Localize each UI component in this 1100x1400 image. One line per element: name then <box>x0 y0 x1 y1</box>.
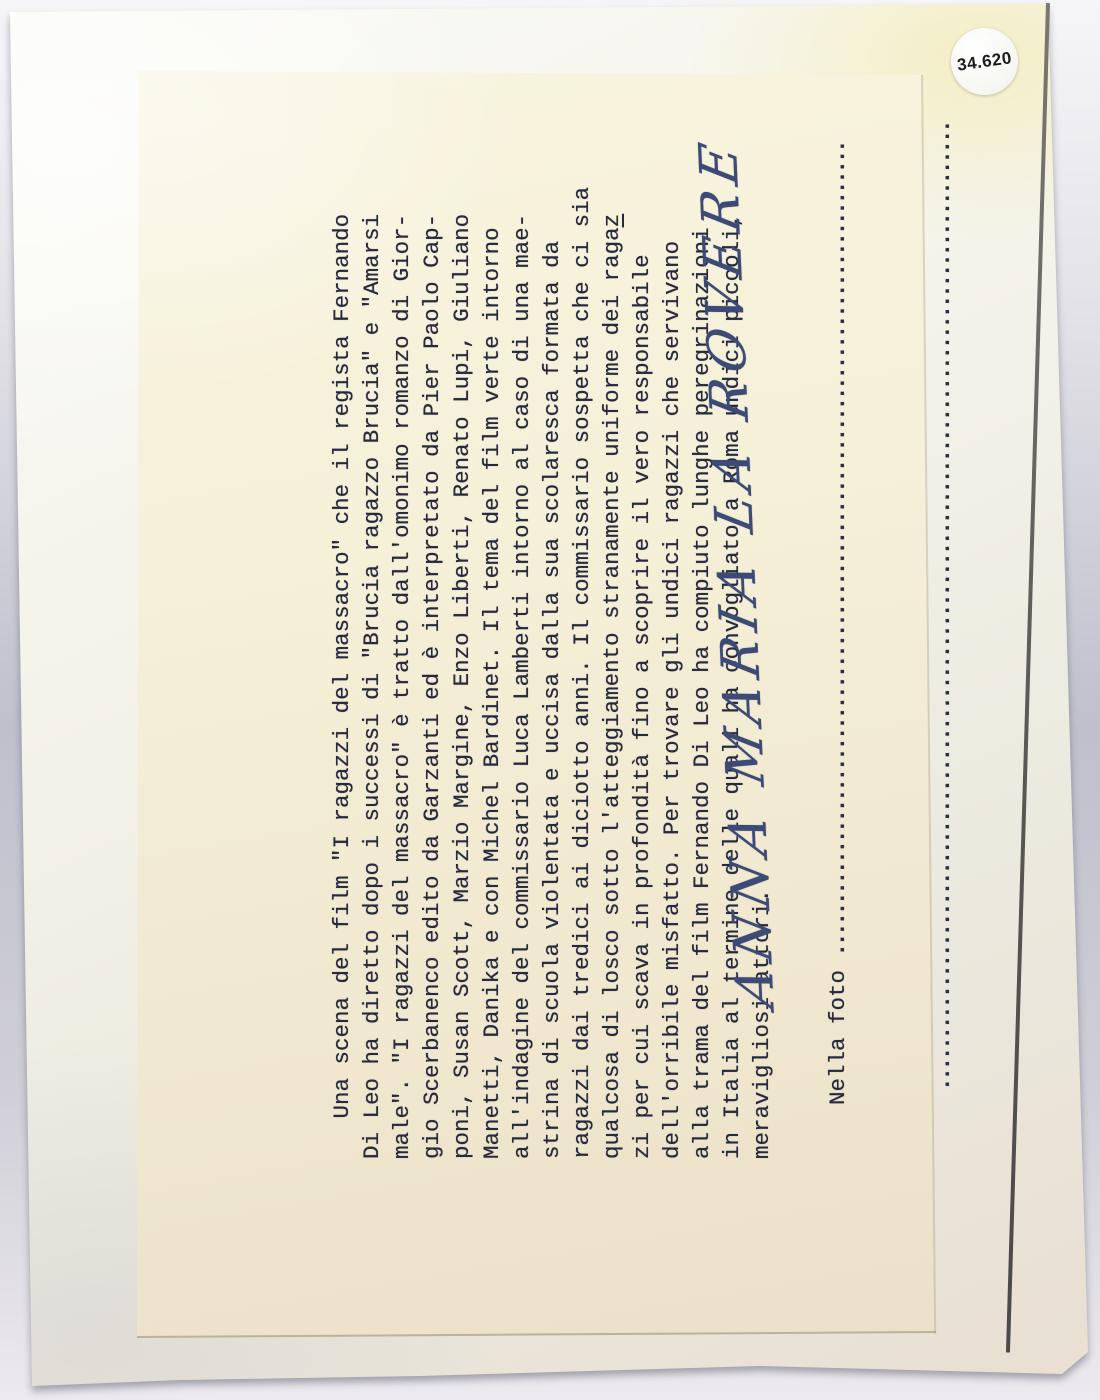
caption-line-9: ragazzi dai tredici ai diciotto anni. Il… <box>567 167 597 1159</box>
dotted-line-2: ........................................… <box>930 123 956 1091</box>
typed-caption: Una scena del film "I ragazzi del massac… <box>315 167 875 1167</box>
caption-line-12: dell'orribile misfatto. Per trovare gli … <box>657 167 687 1159</box>
caption-line-10-text: qualcosa di losco sotto l'atteggiamento … <box>599 227 625 1159</box>
caption-line-11: zi per cui scava in profondità fino a sc… <box>627 167 657 1159</box>
caption-line-7: all'indagine del commissario Luca Lamber… <box>507 167 537 1159</box>
sticker-number: 34.620 <box>956 48 1013 75</box>
caption-line-5: poni, Susan Scott, Marzio Margine, Enzo … <box>447 167 477 1159</box>
dotted-line-2-row: ........................................… <box>898 167 988 1159</box>
caption-line-6: Manetti, Danika e con Michel Bardinet. I… <box>477 167 507 1159</box>
archive-sticker: 34.620 <box>951 28 1018 95</box>
caption-line-3: male". "I ragazzi del massacro" è tratto… <box>387 167 417 1159</box>
caption-line-8: strina di scuola violentata e uccisa dal… <box>537 167 567 1159</box>
caption-line-10: qualcosa di losco sotto l'atteggiamento … <box>597 167 627 1159</box>
dotted-line-1: ........................................… <box>825 143 851 957</box>
photo-label: Nella foto <box>825 956 851 1105</box>
caption-line-1: Una scena del film "I ragazzi del massac… <box>327 167 357 1159</box>
caption-line-4: gio Scerbanenco edito da Garzanti ed è i… <box>417 167 447 1159</box>
caption-line-2: Di Leo ha diretto dopo i successi di "Br… <box>357 167 387 1159</box>
continuation-underline: z <box>599 214 625 228</box>
